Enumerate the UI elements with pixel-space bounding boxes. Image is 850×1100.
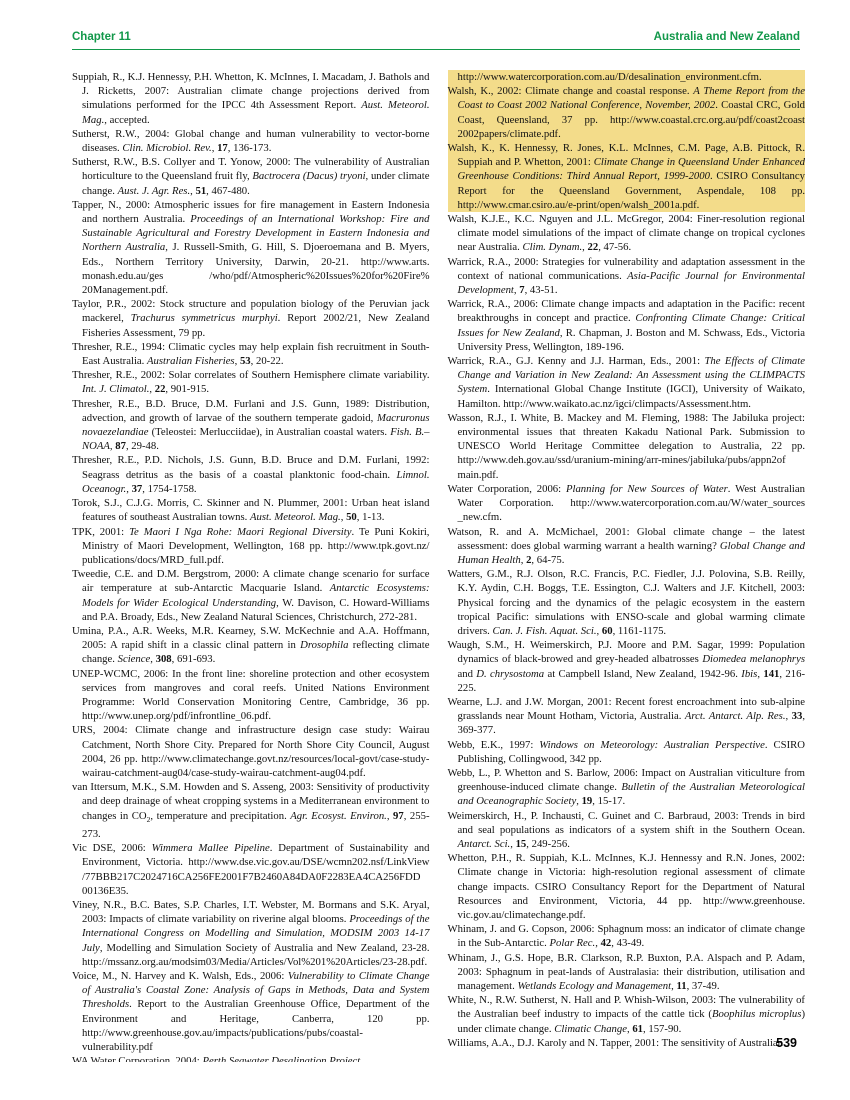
reference-entry: Watters, G.M., R.J. Olson, R.C. Francis,… xyxy=(448,567,806,638)
reference-text-segment: 60 xyxy=(602,625,613,637)
reference-text-segment: , 43-49. xyxy=(611,937,644,949)
reference-entry: Sutherst, R.W., 2004: Global change and … xyxy=(72,127,430,155)
reference-text-segment: 17 xyxy=(217,142,228,154)
reference-text-segment: Climatic Change xyxy=(554,1023,627,1035)
reference-text-segment: Australian Fisheries xyxy=(147,355,235,367)
reference-entry: Wearne, L.J. and J.W. Morgan, 2001: Rece… xyxy=(448,695,806,738)
reference-entry: Webb, E.K., 1997: Windows on Meteorology… xyxy=(448,738,806,766)
reference-text-segment: , 1161-1175. xyxy=(613,625,667,637)
reference-text-segment: , accepted. xyxy=(104,114,149,126)
reference-text-segment: Windows on Meteorology: Australian Persp… xyxy=(539,739,765,751)
reference-entry: Wasson, R.J., I. White, B. Mackey and M.… xyxy=(448,411,806,482)
reference-entry: Watson, R. and A. McMichael, 2001: Globa… xyxy=(448,525,806,568)
reference-entry: Vic DSE, 2006: Wimmera Mallee Pipeline. … xyxy=(72,841,430,898)
reference-text-segment: WA Water Corporation, 2004: xyxy=(72,1055,202,1062)
reference-text-segment: 22 xyxy=(155,383,166,395)
reference-text-segment: Webb, E.K., 1997: xyxy=(448,739,540,751)
reference-text-segment: Diomedea melanophrys xyxy=(702,653,805,665)
reference-text-segment: , 37-49. xyxy=(687,980,720,992)
reference-text-segment: and xyxy=(458,668,477,680)
reference-text-segment: Perth Seawater Desalination Project. xyxy=(202,1055,362,1062)
reference-text-segment: 15 xyxy=(516,838,527,850)
reference-text-segment: 61 xyxy=(632,1023,643,1035)
reference-text-segment: , 64-75. xyxy=(531,554,564,566)
reference-entry: Thresher, R.E., 1994: Climatic cycles ma… xyxy=(72,340,430,368)
reference-entry: TPK, 2001: Te Maori I Nga Rohe: Maori Re… xyxy=(72,525,430,568)
reference-text-segment: 141 xyxy=(763,668,779,680)
reference-text-segment: Agr. Ecosyst. Environ. xyxy=(290,810,387,822)
reference-text-segment: Warrick, R.A., G.J. Kenny and J.J. Harma… xyxy=(448,355,705,367)
reference-text-segment: Wimmera Mallee Pipeline xyxy=(152,842,270,854)
reference-entry: Umina, P.A., A.R. Weeks, M.R. Kearney, S… xyxy=(72,624,430,667)
reference-text-segment: Aust. J. Agr. Res. xyxy=(118,185,191,197)
reference-text-segment: Planning for New Sources of Water xyxy=(566,483,728,495)
reference-text-segment: , 29-48. xyxy=(126,440,159,452)
reference-text-segment: , 249-256. xyxy=(526,838,570,850)
section-title-label: Australia and New Zealand xyxy=(654,31,800,43)
reference-text-segment: Boophilus microplus xyxy=(712,1008,801,1020)
reference-entry: Walsh, K., 2002: Climate change and coas… xyxy=(448,84,806,141)
reference-entry: UNEP-WCMC, 2006: In the front line: shor… xyxy=(72,667,430,724)
reference-entry: Warrick, R.A., 2006: Climate change impa… xyxy=(448,297,806,354)
reference-text-segment: 87 xyxy=(115,440,126,452)
reference-text-segment: Whetton, P.H., R. Suppiah, K.L. McInnes,… xyxy=(448,852,806,921)
reference-text-segment: Vic DSE, 2006: xyxy=(72,842,152,854)
header-divider xyxy=(72,49,800,50)
reference-entry: URS, 2004: Climate change and infrastruc… xyxy=(72,723,430,780)
reference-text-segment: 97 xyxy=(393,810,404,822)
reference-text-segment: 33 xyxy=(792,710,803,722)
reference-text-segment: Wasson, R.J., I. White, B. Mackey and M.… xyxy=(448,412,806,481)
reference-text-segment: Clin. Microbiol. Rev. xyxy=(122,142,211,154)
reference-entry: Walsh, K.J.E., K.C. Nguyen and J.L. McGr… xyxy=(448,212,806,255)
reference-text-segment: . International Global Change Institute … xyxy=(458,383,806,409)
references-body: Suppiah, R., K.J. Hennessy, P.H. Whetton… xyxy=(72,70,805,1062)
reference-entry: Thresher, R.E., 2002: Solar correlates o… xyxy=(72,368,430,396)
reference-entry: Water Corporation, 2006: Planning for Ne… xyxy=(448,482,806,525)
reference-entry: Thresher, R.E., B.D. Bruce, D.M. Furlani… xyxy=(72,397,430,454)
reference-text-segment: Thresher, R.E., P.D. Nichols, J.S. Gunn,… xyxy=(72,454,430,480)
reference-text-segment: , 901-915. xyxy=(165,383,209,395)
reference-text-segment: 308 xyxy=(156,653,172,665)
reference-entry: Torok, S.J., C.J.G. Morris, C. Skinner a… xyxy=(72,496,430,524)
reference-text-segment: Bactrocera (Dacus) tryoni xyxy=(252,170,365,182)
reference-entry: Tapper, N., 2000: Atmospheric issues for… xyxy=(72,198,430,297)
reference-text-segment: 50 xyxy=(346,511,357,523)
reference-text-segment: Walsh, K., 2002: Climate change and coas… xyxy=(448,85,694,97)
reference-text-segment: Clim. Dynam. xyxy=(523,241,583,253)
reference-text-segment: , 691-693. xyxy=(172,653,216,665)
reference-text-segment: , 43-51. xyxy=(525,284,558,296)
reference-text-segment: , 136-173. xyxy=(228,142,272,154)
reference-text-segment: 53 xyxy=(240,355,251,367)
reference-entry: Taylor, P.R., 2002: Stock structure and … xyxy=(72,297,430,340)
chapter-label: Chapter 11 xyxy=(72,31,131,43)
reference-text-segment: Wetlands Ecology and Management xyxy=(517,980,671,992)
reference-text-segment: , 157-90. xyxy=(643,1023,681,1035)
reference-text-segment: Thresher, R.E., 2002: Solar correlates o… xyxy=(72,369,430,381)
reference-text-segment: Polar Rec. xyxy=(550,937,596,949)
reference-text-segment: 51 xyxy=(195,185,206,197)
reference-text-segment: at Campbell Island, New Zealand, 1942-96… xyxy=(544,668,741,680)
reference-entry: Whinam, J., G.S. Hope, B.R. Clarkson, R.… xyxy=(448,951,806,994)
page-number: 539 xyxy=(776,1036,797,1050)
reference-text-segment: Trachurus symmetricus murphyi xyxy=(131,312,278,324)
reference-text-segment: Drosophila xyxy=(300,639,348,651)
reference-text-segment: , 1754-1758. xyxy=(142,483,196,495)
reference-text-segment: Williams, A.A., D.J. Karoly and N. Tappe… xyxy=(448,1037,784,1049)
reference-entry: Walsh, K., K. Hennessy, R. Jones, K.L. M… xyxy=(448,141,806,212)
reference-entry: Whinam, J. and G. Copson, 2006: Sphagnum… xyxy=(448,922,806,950)
reference-text-segment: 19 xyxy=(582,795,593,807)
reference-text-segment: , Modelling and Simulation Society of Au… xyxy=(82,942,430,968)
reference-text-segment: 37 xyxy=(132,483,143,495)
reference-entry: van Ittersum, M.K., S.M. Howden and S. A… xyxy=(72,780,430,841)
references-column-right: http://www.watercorporation.com.au/D/des… xyxy=(448,70,806,1062)
reference-text-segment: Antarct. Sci. xyxy=(458,838,511,850)
reference-entry: Williams, A.A., D.J. Karoly and N. Tappe… xyxy=(448,1036,806,1050)
reference-text-segment: http://www.watercorporation.com.au/D/des… xyxy=(458,71,762,83)
reference-text-segment: , 47-56. xyxy=(598,241,631,253)
reference-text-segment: Weimerskirch, H., P. Inchausti, C. Guine… xyxy=(448,810,806,836)
reference-entry: Whetton, P.H., R. Suppiah, K.L. McInnes,… xyxy=(448,851,806,922)
reference-entry: Voice, M., N. Harvey and K. Walsh, Eds.,… xyxy=(72,969,430,1054)
reference-entry: Viney, N.R., B.C. Bates, S.P. Charles, I… xyxy=(72,898,430,969)
page-header: Chapter 11 Australia and New Zealand xyxy=(72,31,800,43)
reference-text-segment: , temperature and precipitation. xyxy=(150,810,290,822)
reference-entry: Waugh, S.M., H. Weimerskirch, P.J. Moore… xyxy=(448,638,806,695)
reference-text-segment: URS, 2004: Climate change and infrastruc… xyxy=(72,724,430,779)
document-page: Chapter 11 Australia and New Zealand Sup… xyxy=(0,0,850,1100)
reference-text-segment: , 1-13. xyxy=(357,511,385,523)
reference-entry: Webb, L., P. Whetton and S. Barlow, 2006… xyxy=(448,766,806,809)
reference-text-segment: Int. J. Climatol. xyxy=(82,383,149,395)
reference-text-segment: Ibis xyxy=(741,668,757,680)
reference-text-segment: Te Maori I Nga Rohe: Maori Regional Dive… xyxy=(129,526,351,538)
reference-entry: Warrick, R.A., G.J. Kenny and J.J. Harma… xyxy=(448,354,806,411)
references-column-left: Suppiah, R., K.J. Hennessy, P.H. Whetton… xyxy=(72,70,430,1062)
reference-entry: Weimerskirch, H., P. Inchausti, C. Guine… xyxy=(448,809,806,852)
reference-text-segment: Thresher, R.E., B.D. Bruce, D.M. Furlani… xyxy=(72,398,430,424)
reference-text-segment: 22 xyxy=(588,241,599,253)
reference-entry: Sutherst, R.W., B.S. Collyer and T. Yono… xyxy=(72,155,430,198)
reference-text-segment: 11 xyxy=(676,980,686,992)
reference-text-segment: Arct. Antarct. Alp. Res. xyxy=(685,710,786,722)
reference-text-segment: . Report to the Australian Greenhouse Of… xyxy=(82,998,430,1053)
reference-text-segment: , 467-480. xyxy=(206,185,250,197)
reference-entry: White, N., R.W. Sutherst, N. Hall and P.… xyxy=(448,993,806,1036)
reference-entry: WA Water Corporation, 2004: Perth Seawat… xyxy=(72,1054,430,1062)
reference-continuation: http://www.watercorporation.com.au/D/des… xyxy=(448,70,806,84)
reference-entry: Tweedie, C.E. and D.M. Bergstrom, 2000: … xyxy=(72,567,430,624)
reference-text-segment: UNEP-WCMC, 2006: In the front line: shor… xyxy=(72,668,430,723)
reference-text-segment: TPK, 2001: xyxy=(72,526,129,538)
reference-text-segment: , 15-17. xyxy=(592,795,625,807)
reference-text-segment: D. chrysostoma xyxy=(476,668,544,680)
reference-entry: Thresher, R.E., P.D. Nichols, J.S. Gunn,… xyxy=(72,453,430,496)
reference-entry: Suppiah, R., K.J. Hennessy, P.H. Whetton… xyxy=(72,70,430,127)
reference-text-segment: Can. J. Fish. Aquat. Sci. xyxy=(493,625,597,637)
reference-text-segment: , 20-22. xyxy=(251,355,284,367)
reference-text-segment: Aust. Meteorol. Mag. xyxy=(250,511,341,523)
reference-text-segment: (Teleostei: Merlucciidae), in Australian… xyxy=(148,426,390,438)
reference-text-segment: Voice, M., N. Harvey and K. Walsh, Eds.,… xyxy=(72,970,288,982)
reference-text-segment: Water Corporation, 2006: xyxy=(448,483,566,495)
reference-text-segment: Science xyxy=(118,653,151,665)
reference-entry: Warrick, R.A., 2000: Strategies for vuln… xyxy=(448,255,806,298)
reference-text-segment: 42 xyxy=(601,937,612,949)
